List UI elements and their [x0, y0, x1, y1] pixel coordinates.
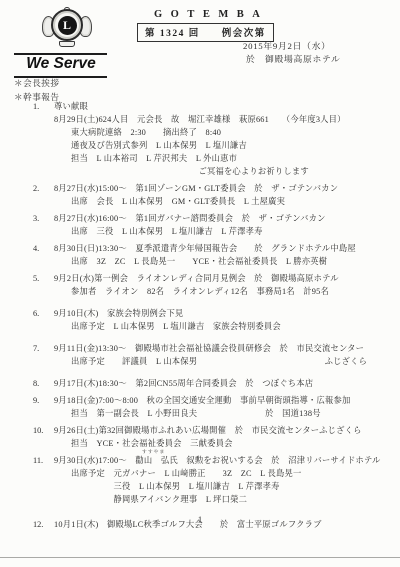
item-line: 9月11日(金)13:30〜 御殿場市社会福祉協議会役員研修会 於 市民交流セン…	[54, 342, 384, 355]
agenda-item: 3.8月27日(水)16:00〜 第1回ガバナー諮問委員会 於 ザ・ゴテンバカン…	[33, 212, 384, 238]
agenda-item: 11.9月30日(水)17:00〜 勸山 弘氏 叙勲をお祝いする会 於 沼津リバ…	[33, 454, 384, 506]
item-number: 5.	[33, 272, 54, 298]
item-line: 9月18日(金)7:00〜8:00 秋の全国交通安全運動 事前早朝街頭指導・広報…	[54, 394, 384, 407]
item-number: 6.	[33, 307, 54, 333]
item-lines: 9月17日(木)18:30〜 第2回CN55周年合同委員会 於 つぼぐち本店	[54, 377, 384, 390]
item-number: 4.	[33, 242, 54, 268]
furigana: すすやま	[142, 450, 165, 455]
item-number: 10.	[33, 424, 54, 450]
item-lines: 9月10日(木) 家族会特別例会下見 出席予定 L 山本保男 L 塩川謙吉 家族…	[54, 307, 384, 333]
item-line: 東大病院連絡 2:30 摘出終了 8:40	[54, 126, 384, 139]
item-lines: 9月18日(金)7:00〜8:00 秋の全国交通安全運動 事前早朝街頭指導・広報…	[54, 394, 384, 420]
item-line: 尊い献眼	[54, 100, 384, 113]
item-line: ご冥福を心よりお祈りします	[54, 165, 384, 178]
agenda-item: 8.9月17日(木)18:30〜 第2回CN55周年合同委員会 於 つぼぐち本店	[33, 377, 384, 390]
item-line: 8月30日(日)13:30〜 夏季派遣青少年帰国報告会 於 グランドホテル中島屋	[54, 242, 384, 255]
meeting-date: 2015年9月2日（水）	[243, 39, 331, 52]
item-lines: 9月2日(水)第一例会 ライオンレディ合同月見例会 於 御殿場高原ホテル 参加者…	[54, 272, 384, 298]
item-lines: 9月30日(水)17:00〜 勸山 弘氏 叙勲をお祝いする会 於 沼津リバーサイ…	[54, 454, 384, 506]
item-line: 出席予定 L 山本保男 L 塩川謙吉 家族会特別委員会	[54, 320, 384, 333]
item-line: 出席 会長 L 山本保男 GM・GLT委員長 L 土屋廣実	[54, 195, 384, 208]
item-line: 9月2日(水)第一例会 ライオンレディ合同月見例会 於 御殿場高原ホテル	[54, 272, 384, 285]
agenda-header-president-greeting: ＊会長挨拶	[14, 77, 59, 91]
item-number: 1.	[33, 100, 54, 178]
scanned-meeting-agenda-page: L We Serve GOTEMBA 第 1324 回 例会次第 2015年9月…	[0, 0, 400, 567]
item-number: 3.	[33, 212, 54, 238]
item-line: 出席予定 元ガバナー L 山﨑勝正 3Z ZC L 長島晃一	[54, 467, 384, 480]
item-line: 静岡県アイバンク理事 L 坪口榮二	[54, 493, 384, 506]
item-line: 9月30日(水)17:00〜 勸山 弘氏 叙勲をお祝いする会 於 沼津リバーサイ…	[54, 454, 384, 467]
item-lines: 8月27日(水)16:00〜 第1回ガバナー諮問委員会 於 ザ・ゴテンバカン 出…	[54, 212, 384, 238]
item-line: 通夜及び告別式参列 L 山本保男 L 塩川謙吉	[54, 139, 384, 152]
agenda-item: 4.8月30日(日)13:30〜 夏季派遣青少年帰国報告会 於 グランドホテル中…	[33, 242, 384, 268]
item-line: 8月27日(水)16:00〜 第1回ガバナー諮問委員会 於 ザ・ゴテンバカン	[54, 212, 384, 225]
agenda-item: 9.9月18日(金)7:00〜8:00 秋の全国交通安全運動 事前早朝街頭指導・…	[33, 394, 384, 420]
item-line: 担当 第一副会長 L 小野田良夫 於 国道138号	[54, 407, 384, 420]
page-number: 1	[0, 514, 400, 524]
agenda-item: 2.8月27日(水)15:00〜 第1回ゾーンGM・GLT委員会 於 ザ・ゴテン…	[33, 182, 384, 208]
agenda-item: 5.9月2日(水)第一例会 ライオンレディ合同月見例会 於 御殿場高原ホテル 参…	[33, 272, 384, 298]
item-number: 8.	[33, 377, 54, 390]
item-line: 8月29日(土)624人目 元会長 故 堀江幸雄様 萩原661 （今年度3人目）	[54, 113, 384, 126]
item-line: 9月17日(木)18:30〜 第2回CN55周年合同委員会 於 つぼぐち本店	[54, 377, 384, 390]
item-number: 9.	[33, 394, 54, 420]
item-lines: 尊い献眼8月29日(土)624人目 元会長 故 堀江幸雄様 萩原661 （今年度…	[54, 100, 384, 178]
item-line: 9月10日(木) 家族会特別例会下見	[54, 307, 384, 320]
item-lines: 8月27日(水)15:00〜 第1回ゾーンGM・GLT委員会 於 ザ・ゴテンバカ…	[54, 182, 384, 208]
agenda-item: 10.9月26日(土)第32回御殿場市ふれあい広場開催 於 市民交流センターふじ…	[33, 424, 384, 450]
item-number: 11.	[33, 454, 54, 506]
item-line: 出席 3Z ZC L 長島晃一 YCE・社会福祉委員長 L 勝亦英樹	[54, 255, 384, 268]
lions-club-emblem: L	[42, 8, 92, 54]
item-line: 出席 三役 L 山本保男 L 塩川謙吉 L 芹澤孝寿	[54, 225, 384, 238]
item-number: 7.	[33, 342, 54, 368]
item-line: 参加者 ライオン 82名 ライオンレディ12名 事務局1名 計95名	[54, 285, 384, 298]
emblem-banner	[59, 41, 75, 47]
item-lines: 9月11日(金)13:30〜 御殿場市社会福祉協議会役員研修会 於 市民交流セン…	[54, 342, 384, 368]
item-lines: 9月26日(土)第32回御殿場市ふれあい広場開催 於 市民交流センターふじざくら…	[54, 424, 384, 450]
agenda-item: 1.尊い献眼8月29日(土)624人目 元会長 故 堀江幸雄様 萩原661 （今…	[33, 100, 384, 178]
item-number: 2.	[33, 182, 54, 208]
item-line: 担当 YCE・社会福祉委員会 三献委員会	[54, 437, 384, 450]
club-name: GOTEMBA	[154, 9, 268, 20]
item-line: 出席予定 評議員 L 山本保男 ふじざくら	[54, 355, 384, 368]
agenda-item: 6.9月10日(木) 家族会特別例会下見 出席予定 L 山本保男 L 塩川謙吉 …	[33, 307, 384, 333]
item-line: 担当 L 山本裕司 L 芹沢邦夫 L 外山恵市	[54, 152, 384, 165]
item-line: 8月27日(水)15:00〜 第1回ゾーンGM・GLT委員会 於 ザ・ゴテンバカ…	[54, 182, 384, 195]
motto-text: We Serve	[15, 55, 107, 73]
agenda-item: 7.9月11日(金)13:30〜 御殿場市社会福祉協議会役員研修会 於 市民交流…	[33, 342, 384, 368]
item-lines: 8月30日(日)13:30〜 夏季派遣青少年帰国報告会 於 グランドホテル中島屋…	[54, 242, 384, 268]
agenda-item-list: 1.尊い献眼8月29日(土)624人目 元会長 故 堀江幸雄様 萩原661 （今…	[33, 100, 384, 535]
item-line: 9月26日(土)第32回御殿場市ふれあい広場開催 於 市民交流センターふじざくら	[54, 424, 384, 437]
item-line: 三役 L 山本保男 L 塩川謙吉 L 芹澤孝寿	[54, 480, 384, 493]
scan-artifact-line	[0, 557, 400, 558]
meeting-venue: 於 御殿場高原ホテル	[246, 52, 341, 65]
emblem-letter-l: L	[58, 16, 77, 35]
